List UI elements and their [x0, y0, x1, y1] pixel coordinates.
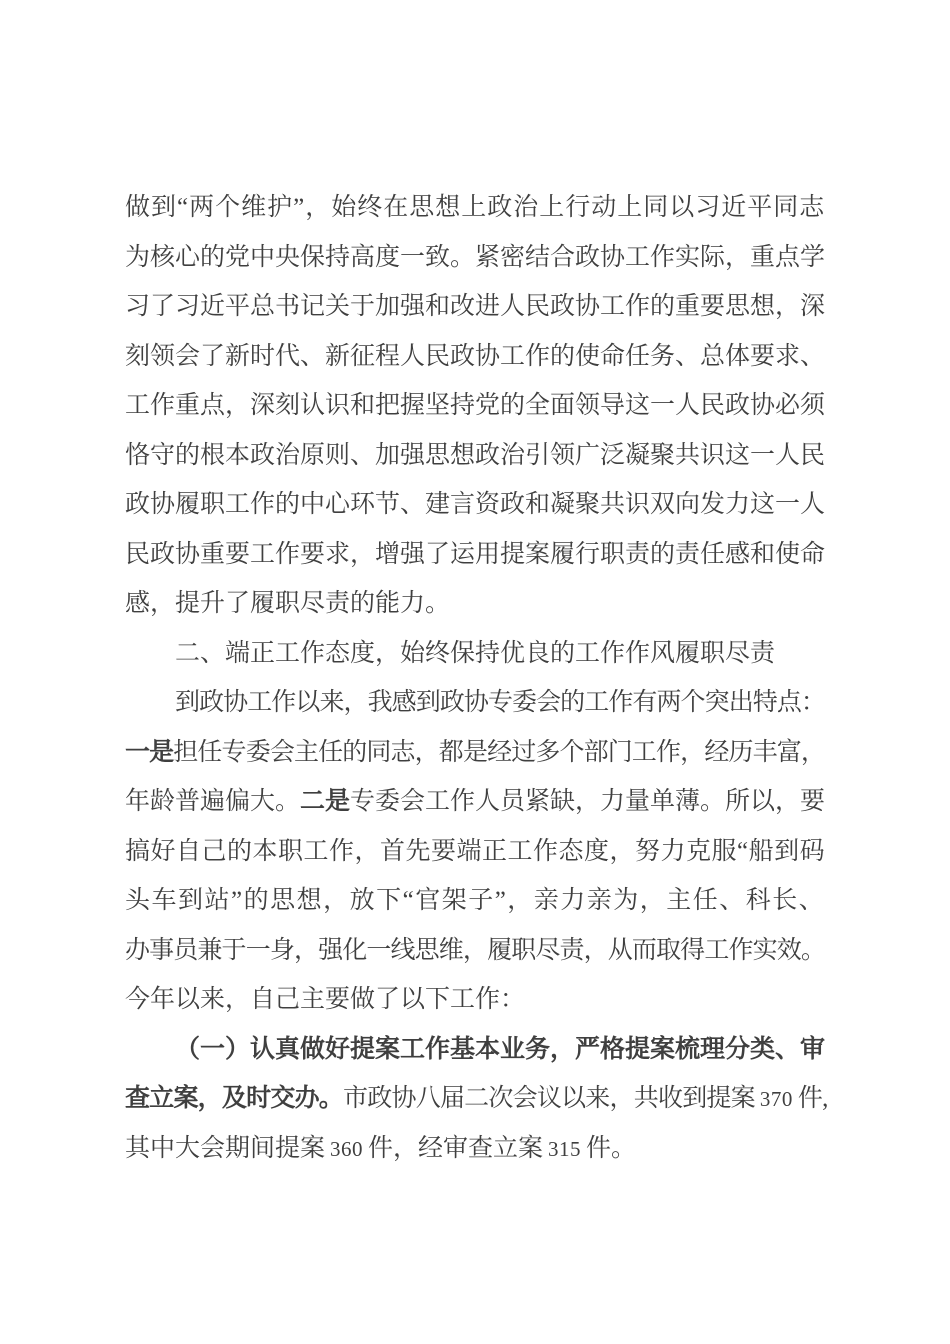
text-line-content: 做到“两个维护”，始终在思想上政治上行动上同以习近平同志 [125, 183, 825, 233]
text-run: 为核心的党中央保持高度一致。紧密结合政协工作实际，重点学 [125, 244, 825, 271]
text-run: 件，经审查立案 [368, 1135, 543, 1162]
text-line: 做到“两个维护”，始终在思想上政治上行动上同以习近平同志 [125, 183, 825, 233]
text-line: 年龄普遍偏大。二是专委会工作人员紧缺，力量单薄。所以，要 [125, 777, 825, 827]
text-line-content: 今年以来，自己主要做了以下工作： [125, 975, 525, 1025]
number-run: 370 [760, 1087, 793, 1111]
bold-run: 查立案，及时交办。 [125, 1085, 343, 1112]
text-run: 担任专委会主任的同志，都是经过多个部门工作，经历丰富， [173, 739, 825, 766]
number-run: 360 [330, 1137, 363, 1161]
paragraph-work-attitude: 到政协工作以来，我感到政协专委会的工作有两个突出特点：一是担任专委会主任的同志，… [125, 678, 825, 1025]
text-line: 到政协工作以来，我感到政协专委会的工作有两个突出特点： [125, 678, 825, 728]
text-line-content: 习了习近平总书记关于加强和改进人民政协工作的重要思想，深 [125, 282, 825, 332]
text-run: 其中大会期间提案 [125, 1135, 325, 1162]
text-line-content: 恪守的根本政治原则、加强思想政治引领广泛凝聚共识这一人民 [125, 431, 825, 481]
text-line: 头车到站”的思想，放下“官架子”，亲力亲为，主任、科长、 [125, 876, 825, 926]
text-line: 刻领会了新时代、新征程人民政协工作的使命任务、总体要求、 [125, 332, 825, 382]
paragraph-proposal-work: （一）认真做好提案工作基本业务，严格提案梳理分类、审查立案，及时交办。市政协八届… [125, 1025, 825, 1174]
text-line: 办事员兼于一身，强化一线思维，履职尽责，从而取得工作实效。 [125, 926, 825, 976]
text-line-content: 感，提升了履职尽责的能力。 [125, 579, 450, 629]
text-line: 搞好自己的本职工作，首先要端正工作态度，努力克服“船到码 [125, 827, 825, 877]
bold-run: （一）认真做好提案工作基本业务，严格提案梳理分类、审 [175, 1036, 825, 1063]
text-line: 习了习近平总书记关于加强和改进人民政协工作的重要思想，深 [125, 282, 825, 332]
text-run: 做到“两个维护”，始终在思想上政治上行动上同以习近平同志 [125, 194, 825, 221]
text-line-content: 一是担任专委会主任的同志，都是经过多个部门工作，经历丰富， [125, 728, 825, 778]
text-line: 一是担任专委会主任的同志，都是经过多个部门工作，经历丰富， [125, 728, 825, 778]
text-run: 刻领会了新时代、新征程人民政协工作的使命任务、总体要求、 [125, 343, 825, 370]
text-line-content: 为核心的党中央保持高度一致。紧密结合政协工作实际，重点学 [125, 233, 825, 283]
text-line-content: 工作重点，深刻认识和把握坚持党的全面领导这一人民政协必须 [125, 381, 825, 431]
text-run: 市政协八届二次会议以来，共收到提案 [343, 1085, 755, 1112]
text-line: 查立案，及时交办。市政协八届二次会议以来，共收到提案370件, [125, 1074, 825, 1124]
text-line: 其中大会期间提案360件，经审查立案315件。 [125, 1124, 825, 1174]
text-line: 感，提升了履职尽责的能力。 [125, 579, 825, 629]
text-line: 二、端正工作态度，始终保持优良的工作作风履职尽责 [125, 629, 825, 679]
text-line-content: 二、端正工作态度，始终保持优良的工作作风履职尽责 [175, 629, 775, 679]
text-line: 工作重点，深刻认识和把握坚持党的全面领导这一人民政协必须 [125, 381, 825, 431]
bold-run: 一是 [125, 739, 173, 766]
text-line-content: 年龄普遍偏大。二是专委会工作人员紧缺，力量单薄。所以，要 [125, 777, 825, 827]
number-run: 315 [548, 1137, 581, 1161]
text-run: 搞好自己的本职工作，首先要端正工作态度，努力克服“船到码 [125, 838, 825, 865]
text-line-content: 其中大会期间提案360件，经审查立案315件。 [125, 1124, 636, 1175]
text-line-content: 民政协重要工作要求，增强了运用提案履行职责的责任感和使命 [125, 530, 825, 580]
text-line-content: 头车到站”的思想，放下“官架子”，亲力亲为，主任、科长、 [125, 876, 825, 926]
text-line: （一）认真做好提案工作基本业务，严格提案梳理分类、审 [125, 1025, 825, 1075]
text-run: 工作重点，深刻认识和把握坚持党的全面领导这一人民政协必须 [125, 392, 825, 419]
text-run: 习了习近平总书记关于加强和改进人民政协工作的重要思想，深 [125, 293, 825, 320]
text-run: 到政协工作以来，我感到政协专委会的工作有两个突出特点： [175, 689, 825, 716]
text-run: 今年以来，自己主要做了以下工作： [125, 986, 525, 1013]
text-run: 头车到站”的思想，放下“官架子”，亲力亲为，主任、科长、 [125, 887, 825, 914]
document-page: 做到“两个维护”，始终在思想上政治上行动上同以习近平同志为核心的党中央保持高度一… [0, 0, 950, 1344]
text-run: 专委会工作人员紧缺，力量单薄。所以，要 [350, 788, 825, 815]
text-line-content: 到政协工作以来，我感到政协专委会的工作有两个突出特点： [175, 678, 825, 728]
text-line-content: 政协履职工作的中心环节、建言资政和凝聚共识双向发力这一人 [125, 480, 825, 530]
text-run: 民政协重要工作要求，增强了运用提案履行职责的责任感和使命 [125, 541, 825, 568]
text-line: 为核心的党中央保持高度一致。紧密结合政协工作实际，重点学 [125, 233, 825, 283]
text-line-content: （一）认真做好提案工作基本业务，严格提案梳理分类、审 [175, 1025, 825, 1075]
text-line-content: 搞好自己的本职工作，首先要端正工作态度，努力克服“船到码 [125, 827, 825, 877]
text-run: 恪守的根本政治原则、加强思想政治引领广泛凝聚共识这一人民 [125, 442, 825, 469]
text-run: 年龄普遍偏大。 [125, 788, 300, 815]
paragraph-continuation-study: 做到“两个维护”，始终在思想上政治上行动上同以习近平同志为核心的党中央保持高度一… [125, 183, 825, 629]
text-line-content: 刻领会了新时代、新征程人民政协工作的使命任务、总体要求、 [125, 332, 825, 382]
text-line-content: 查立案，及时交办。市政协八届二次会议以来，共收到提案370件, [125, 1074, 828, 1125]
text-line-content: 办事员兼于一身，强化一线思维，履职尽责，从而取得工作实效。 [125, 926, 825, 976]
text-line: 恪守的根本政治原则、加强思想政治引领广泛凝聚共识这一人民 [125, 431, 825, 481]
text-line: 民政协重要工作要求，增强了运用提案履行职责的责任感和使命 [125, 530, 825, 580]
bold-run: 二是 [300, 788, 350, 815]
text-run: 感，提升了履职尽责的能力。 [125, 590, 450, 617]
document-body: 做到“两个维护”，始终在思想上政治上行动上同以习近平同志为核心的党中央保持高度一… [0, 0, 950, 1173]
text-run: 二、端正工作态度，始终保持优良的工作作风履职尽责 [175, 640, 775, 667]
text-run: 政协履职工作的中心环节、建言资政和凝聚共识双向发力这一人 [125, 491, 825, 518]
text-run: 件。 [586, 1135, 636, 1162]
text-line: 政协履职工作的中心环节、建言资政和凝聚共识双向发力这一人 [125, 480, 825, 530]
text-line: 今年以来，自己主要做了以下工作： [125, 975, 825, 1025]
text-run: 办事员兼于一身，强化一线思维，履职尽责，从而取得工作实效。 [125, 937, 825, 964]
text-run: 件, [798, 1085, 828, 1112]
heading-section-two: 二、端正工作态度，始终保持优良的工作作风履职尽责 [125, 629, 825, 679]
